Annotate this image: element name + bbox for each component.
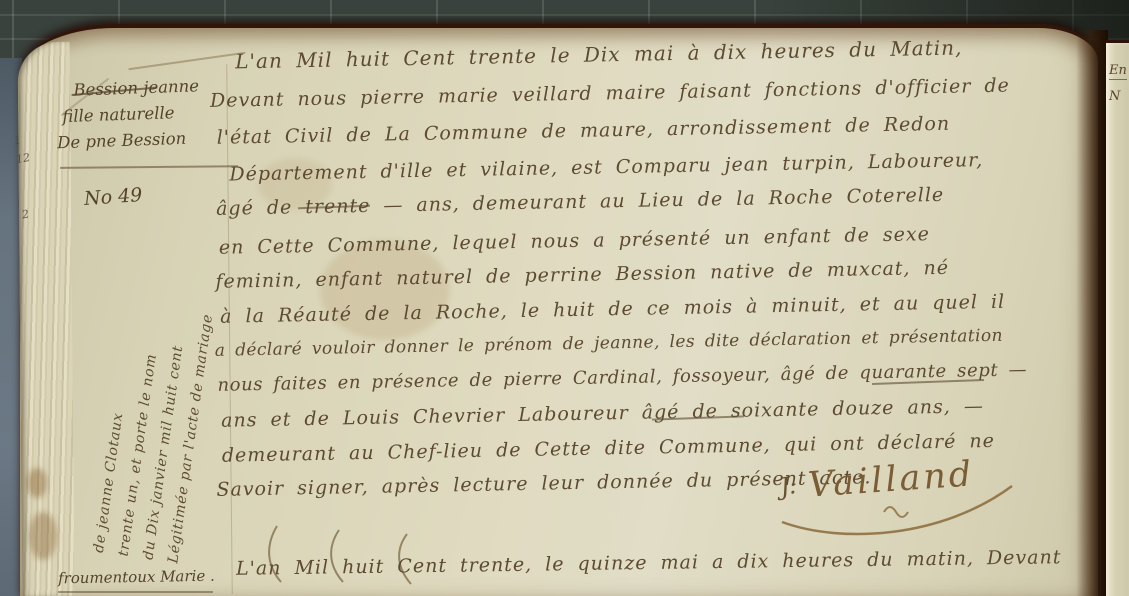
margin-filiation-line: fille naturelle [62,103,175,126]
paper-stain [27,468,47,498]
act-line: âgé de trente — ans, demeurant au Lieu d… [216,184,944,220]
act-line: nous faites en présence de pierre Cardin… [217,359,1027,396]
act-line: ans et de Louis Chevrier Laboureur âgé d… [221,395,984,432]
margin-underline [58,591,213,593]
scanned-register-photo: 1 12 2 Bession jeanne fille naturelle De… [0,0,1129,596]
act-line: à la Réauté de la Roche, le huit de ce m… [220,291,1005,328]
act-line: Département d'ille et vilaine, est Compa… [229,149,983,185]
pencil-mark: 12 [15,151,31,166]
act-line: a déclaré vouloir donner le prénom de je… [215,326,1003,361]
margin-next-act-name: froumentoux Marie . [58,567,215,588]
act-line: Devant nous pierre marie veillard maire … [210,75,1010,112]
act-line: en Cette Commune, lequel nous a présenté… [219,223,930,259]
paper-stain [29,512,57,560]
act-line: feminin, enfant naturel de perrine Bessi… [215,257,949,293]
facing-page-text-fragment: N [1109,89,1120,104]
binding-gutter-shadow [1076,30,1108,596]
signature-flourish [772,470,1032,548]
birth-act-text: L'an Mil huit Cent trente le Dix mai à d… [205,31,1114,518]
facing-page-sliver: En N [1106,40,1129,596]
act-line: l'état Civil de La Commune de maure, arr… [217,113,951,149]
act-number: No 49 [83,184,143,210]
facing-page-text-fragment: En [1109,63,1127,80]
